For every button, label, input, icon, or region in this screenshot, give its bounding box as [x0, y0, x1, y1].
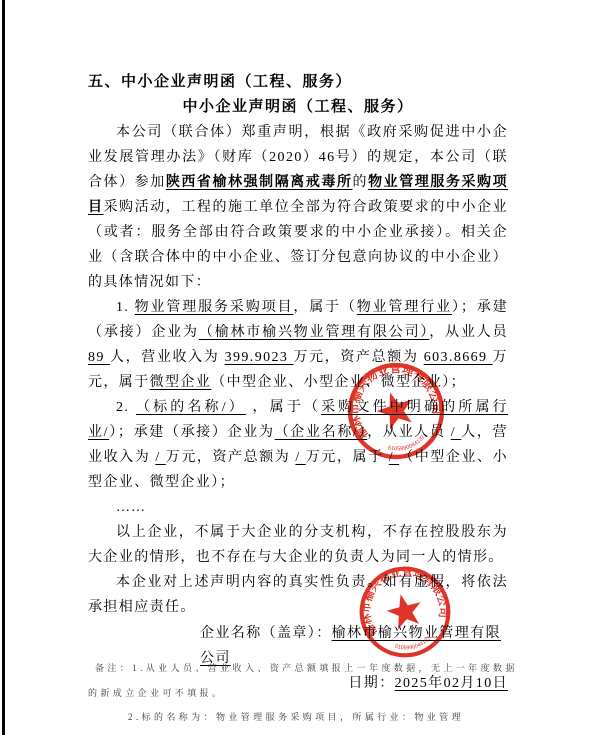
document-page: 五、中小企业声明函（工程、服务） 中小企业声明函（工程、服务） 本公司（联合体）… — [0, 0, 595, 735]
item-1-number: 1. — [116, 300, 135, 315]
no-big-enterprise-paragraph: 以上企业，不属于大企业的分支机构，不存在控股股东为大企业的情形，也不存在与大企业… — [88, 520, 508, 570]
svg-text:6105990044137: 6105990044137 — [393, 635, 434, 655]
item-1-enterprise-type: 微型企业 — [150, 375, 212, 390]
item-2-number: 2. — [116, 400, 136, 415]
footnote-line-3: 2.标的名称为：物业管理服务采购项目，所属行业：物业管理 — [88, 705, 512, 730]
seal-registration-number: 6105990044137 — [393, 635, 434, 655]
item-1-revenue: 399.9023 — [225, 350, 294, 365]
section-heading: 五、中小企业声明函（工程、服务） — [88, 70, 508, 95]
item-1-industry: 物业管理行业 — [357, 300, 452, 315]
intro-text-2: 的 — [353, 175, 369, 190]
seal-star-icon — [384, 590, 426, 631]
item-2-assets-blank: / — [295, 450, 305, 465]
item-1-paragraph: 1. 物业管理服务采购项目，属于（物业管理行业）；承建（承接）企业为（榆林市榆兴… — [88, 295, 508, 395]
document-title: 中小企业声明函（工程、服务） — [88, 95, 508, 120]
item-1-staff-count: 89 — [88, 350, 110, 365]
footnote-line-1: 备注：1.从业人员、营业收入、资产总额填报上一年度数据，无上一年度数据 — [88, 656, 512, 681]
item-2-subject-blank: （标的名称/） — [136, 400, 246, 415]
item-1-company: （榆林市榆兴物业管理有限公司） — [199, 325, 429, 340]
footnotes: 备注：1.从业人员、营业收入、资产总额填报上一年度数据，无上一年度数据 的新成立… — [88, 656, 512, 730]
intro-text-3: 采购活动，工程的施工单位全部为符合政策要求的中小企业（或者：服务全部由符合政策要… — [88, 200, 508, 290]
footnote-line-2: 的新成立企业可不填报。 — [88, 681, 512, 706]
seal-star-icon — [372, 387, 418, 432]
page-left-border — [2, 0, 5, 735]
declaration-intro-paragraph: 本公司（联合体）郑重声明，根据《政府采购促进中小企业发展管理办法》（财库（202… — [88, 120, 508, 295]
purchaser-name: 陕西省榆林强制隔离戒毒所 — [166, 175, 353, 190]
signature-label: 企业名称（盖章）： — [200, 626, 332, 641]
item-1-subject: 物业管理服务采购项目 — [135, 300, 294, 315]
item-2-revenue-blank: / — [155, 450, 165, 465]
ellipsis-line: …… — [88, 495, 508, 520]
